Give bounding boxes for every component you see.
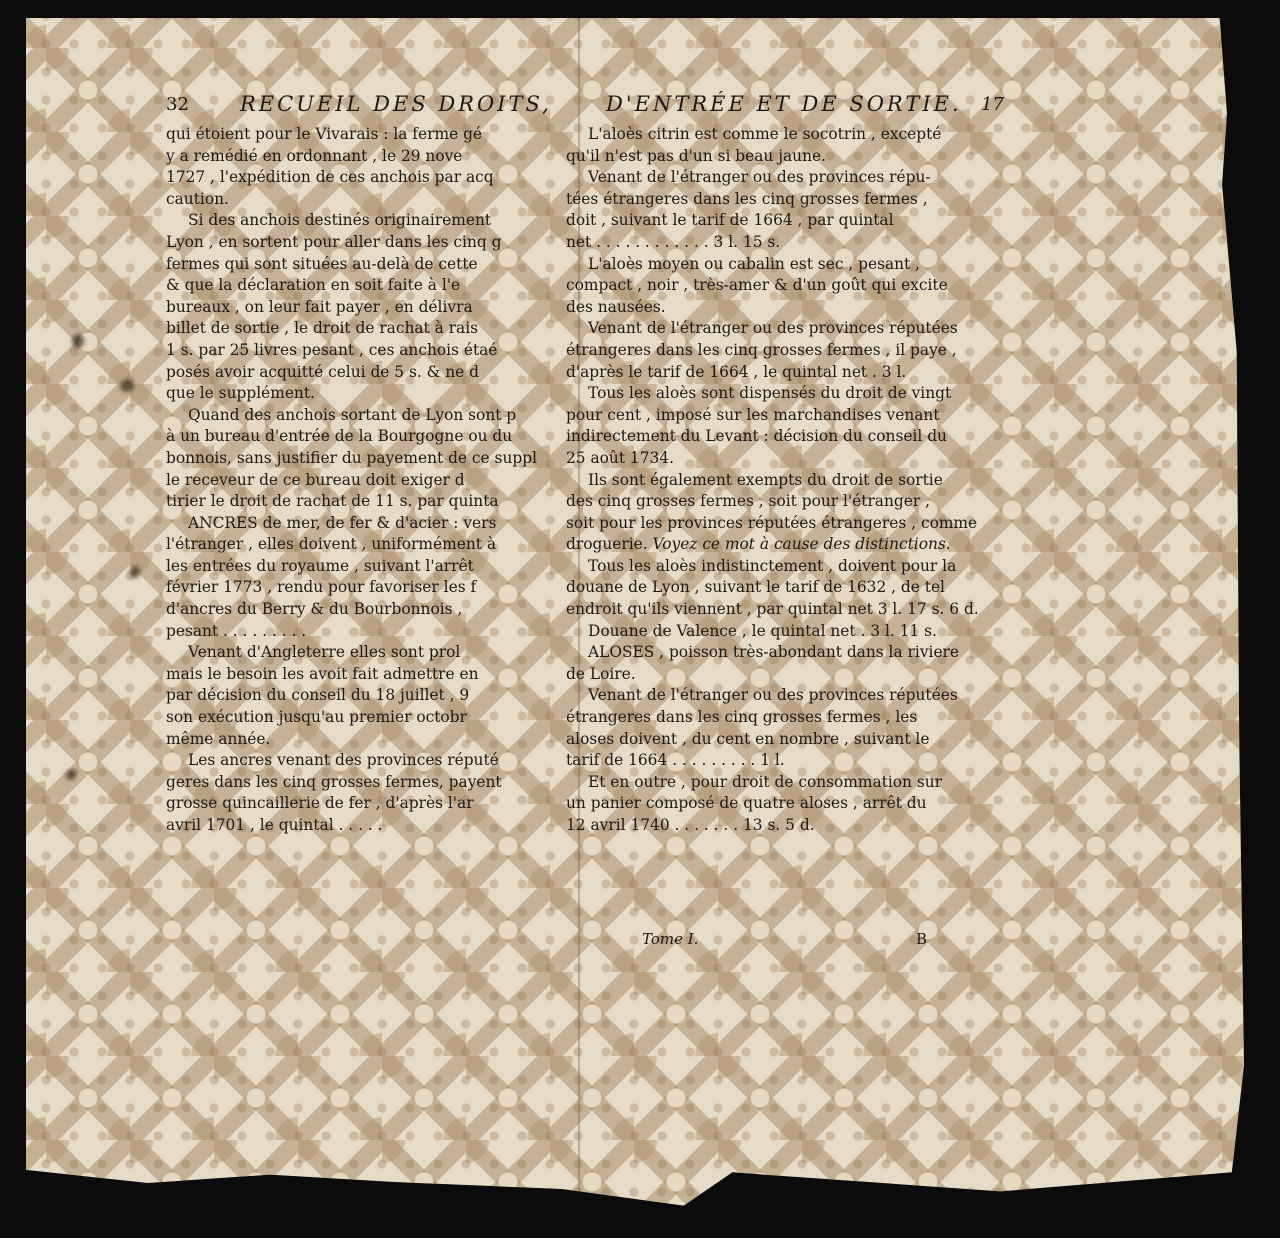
text-line: endroit qu'ils viennent , par quintal ne…: [566, 599, 1020, 621]
text-line-content: le receveur de ce bureau doit exiger d: [166, 471, 465, 489]
text-line: que le supplément.: [166, 383, 568, 405]
text-line: étrangeres dans les cinq grosses fermes …: [566, 707, 1020, 729]
text-line-content: qui étoient pour le Vivarais : la ferme …: [166, 125, 482, 143]
text-line: grosse quincaillerie de fer , d'après l'…: [166, 793, 568, 815]
text-line-content: ANCRES de mer, de fer & d'acier : vers: [188, 514, 496, 532]
text-line: 1727 , l'expédition de ces anchois par a…: [166, 167, 568, 189]
text-line-content: Venant d'Angleterre elles sont prol: [188, 643, 460, 661]
text-line-content: l'étranger , elles doivent , uniformémen…: [166, 535, 496, 553]
text-line: douane de Lyon , suivant le tarif de 163…: [566, 577, 1020, 599]
text-line-content: douane de Lyon , suivant le tarif de 163…: [566, 578, 945, 596]
text-line-content: même année.: [166, 730, 270, 748]
left-page-number: 32: [166, 94, 189, 115]
text-line-content: étrangeres dans les cinq grosses fermes …: [566, 708, 917, 726]
text-line: Lyon , en sortent pour aller dans les ci…: [166, 232, 568, 254]
text-line: Ils sont également exempts du droit de s…: [566, 470, 1020, 492]
text-line-content: mais le besoin les avoit fait admettre e…: [166, 665, 479, 683]
text-line: net . . . . . . . . . . . . 3 l. 15 s.: [566, 232, 1020, 254]
text-line: bonnois, sans justifier du payement de c…: [166, 448, 568, 470]
text-line: à un bureau d'entrée de la Bourgogne ou …: [166, 426, 568, 448]
text-line-content: ALOSES , poisson très-abondant dans la r…: [588, 643, 959, 661]
text-line-content: Tous les aloès sont dispensés du droit d…: [588, 384, 951, 402]
text-line: bureaux , on leur fait payer , en délivr…: [166, 297, 568, 319]
text-line: Les ancres venant des provinces réputé: [166, 750, 568, 772]
text-line-content: des cinq grosses fermes , soit pour l'ét…: [566, 492, 930, 510]
text-line: geres dans les cinq grosses fermes, paye…: [166, 772, 568, 794]
text-line: ALOSES , poisson très-abondant dans la r…: [566, 642, 1020, 664]
text-line: d'ancres du Berry & du Bourbonnois ,: [166, 599, 568, 621]
text-line-content: compact , noir , très-amer & d'un goût q…: [566, 276, 948, 294]
text-line: fermes qui sont situées au-delà de cette: [166, 254, 568, 276]
text-line: qui étoient pour le Vivarais : la ferme …: [166, 124, 568, 146]
text-line: Quand des anchois sortant de Lyon sont p: [166, 405, 568, 427]
text-line-content: net . . . . . . . . . . . . 3 l. 15 s.: [566, 233, 780, 251]
text-line-content: caution.: [166, 190, 229, 208]
text-line-content: L'aloès citrin est comme le socotrin , e…: [588, 125, 941, 143]
text-line-content: d'ancres du Berry & du Bourbonnois ,: [166, 600, 462, 618]
text-line: billet de sortie , le droit de rachat à …: [166, 318, 568, 340]
text-line-content: aloses doivent , du cent en nombre , sui…: [566, 730, 929, 748]
text-line-content: Venant de l'étranger ou des provinces ré…: [588, 686, 958, 704]
text-line: Si des anchois destinés originairement: [166, 210, 568, 232]
text-line: aloses doivent , du cent en nombre , sui…: [566, 729, 1020, 751]
page-footer: Tome I. B: [566, 930, 1020, 952]
text-line: & que la déclaration en soit faite à l'e: [166, 275, 568, 297]
text-line: pour cent , imposé sur les marchandises …: [566, 405, 1020, 427]
text-line-content: posés avoir acquitté celui de 5 s. & ne …: [166, 363, 479, 381]
cross-reference-note: Voyez ce mot à cause des distinctions.: [653, 535, 951, 553]
text-line: Venant d'Angleterre elles sont prol: [166, 642, 568, 664]
text-line: Et en outre , pour droit de consommation…: [566, 772, 1020, 794]
text-line: indirectement du Levant : décision du co…: [566, 426, 1020, 448]
text-line-content: pesant . . . . . . . . .: [166, 622, 306, 640]
text-line-content: à un bureau d'entrée de la Bourgogne ou …: [166, 427, 512, 445]
volume-label: Tome I.: [642, 930, 698, 948]
ink-stain: [72, 334, 84, 348]
text-line-content: grosse quincaillerie de fer , d'après l'…: [166, 794, 474, 812]
text-line-content: Ils sont également exempts du droit de s…: [588, 471, 943, 489]
text-line-content: qu'il n'est pas d'un si beau jaune.: [566, 147, 826, 165]
text-line: qu'il n'est pas d'un si beau jaune.: [566, 146, 1020, 168]
text-line-content: 25 août 1734.: [566, 449, 674, 467]
text-line: 1 s. par 25 livres pesant , ces anchois …: [166, 340, 568, 362]
text-line: doit , suivant le tarif de 1664 , par qu…: [566, 210, 1020, 232]
text-line: d'après le tarif de 1664 , le quintal ne…: [566, 362, 1020, 384]
text-line: caution.: [166, 189, 568, 211]
text-line: Tous les aloès indistinctement , doivent…: [566, 556, 1020, 578]
text-line-content: indirectement du Levant : décision du co…: [566, 427, 947, 445]
text-line-content: février 1773 , rendu pour favoriser les …: [166, 578, 476, 596]
text-line-content: tarif de 1664 . . . . . . . . . 1 l.: [566, 751, 785, 769]
text-line: soit pour les provinces réputées étrange…: [566, 513, 1020, 535]
text-line-content: bureaux , on leur fait payer , en délivr…: [166, 298, 473, 316]
text-line-content: pour cent , imposé sur les marchandises …: [566, 406, 940, 424]
text-line-content: Douane de Valence , le quintal net . 3 l…: [588, 622, 937, 640]
ink-stain: [130, 566, 140, 578]
text-line-content: endroit qu'ils viennent , par quintal ne…: [566, 600, 979, 618]
right-page-number: 17: [981, 94, 1004, 115]
text-line: des cinq grosses fermes , soit pour l'ét…: [566, 491, 1020, 513]
text-line-content: soit pour les provinces réputées étrange…: [566, 514, 977, 532]
text-line: l'étranger , elles doivent , uniformémen…: [166, 534, 568, 556]
text-line: de Loire.: [566, 664, 1020, 686]
text-line-content: que le supplément.: [166, 384, 315, 402]
left-text-column: qui étoient pour le Vivarais : la ferme …: [166, 124, 568, 837]
text-line-content: des nausées.: [566, 298, 666, 316]
text-line-content: les entrées du royaume , suivant l'arrêt: [166, 557, 474, 575]
text-line: y a remédié en ordonnant , le 29 nove: [166, 146, 568, 168]
text-line: étrangeres dans les cinq grosses fermes …: [566, 340, 1020, 362]
text-line: les entrées du royaume , suivant l'arrêt: [166, 556, 568, 578]
text-line: février 1773 , rendu pour favoriser les …: [166, 577, 568, 599]
text-line: Tous les aloès sont dispensés du droit d…: [566, 383, 1020, 405]
text-line: tées étrangeres dans les cinq grosses fe…: [566, 189, 1020, 211]
running-header: 32 RECUEIL DES DROITS, D'ENTRÉE ET DE SO…: [166, 92, 1004, 122]
text-line: pesant . . . . . . . . .: [166, 621, 568, 643]
text-line: ANCRES de mer, de fer & d'acier : vers: [166, 513, 568, 535]
text-line-content: L'aloès moyen ou cabalin est sec , pesan…: [588, 255, 920, 273]
text-line-content: étrangeres dans les cinq grosses fermes …: [566, 341, 957, 359]
text-line-content: Quand des anchois sortant de Lyon sont p: [188, 406, 516, 424]
text-line-content: geres dans les cinq grosses fermes, paye…: [166, 773, 502, 791]
text-line-content: droguerie.: [566, 535, 648, 553]
text-line: tarif de 1664 . . . . . . . . . 1 l.: [566, 750, 1020, 772]
text-line: Venant de l'étranger ou des provinces ré…: [566, 167, 1020, 189]
text-line: par décision du conseil du 18 juillet , …: [166, 685, 568, 707]
right-running-title: D'ENTRÉE ET DE SORTIE.: [606, 92, 962, 116]
text-line-content: de Loire.: [566, 665, 636, 683]
text-line-content: y a remédié en ordonnant , le 29 nove: [166, 147, 462, 165]
text-line: posés avoir acquitté celui de 5 s. & ne …: [166, 362, 568, 384]
text-line-content: d'après le tarif de 1664 , le quintal ne…: [566, 363, 906, 381]
right-text-column: L'aloès citrin est comme le socotrin , e…: [566, 124, 1020, 837]
text-line-content: billet de sortie , le droit de rachat à …: [166, 319, 478, 337]
left-running-title: RECUEIL DES DROITS,: [240, 92, 552, 116]
text-line-content: 12 avril 1740 . . . . . . . 13 s. 5 d.: [566, 816, 815, 834]
text-line-content: par décision du conseil du 18 juillet , …: [166, 686, 469, 704]
text-line: L'aloès citrin est comme le socotrin , e…: [566, 124, 1020, 146]
text-line-content: fermes qui sont situées au-delà de cette: [166, 255, 478, 273]
text-line-content: & que la déclaration en soit faite à l'e: [166, 276, 460, 294]
text-line: Venant de l'étranger ou des provinces ré…: [566, 685, 1020, 707]
text-line: avril 1701 , le quintal . . . . .: [166, 815, 568, 837]
text-line-content: Lyon , en sortent pour aller dans les ci…: [166, 233, 501, 251]
text-line-content: bonnois, sans justifier du payement de c…: [166, 449, 537, 467]
text-line-content: 1727 , l'expédition de ces anchois par a…: [166, 168, 494, 186]
text-line-content: son exécution jusqu'au premier octobr: [166, 708, 467, 726]
text-line-content: un panier composé de quatre aloses , arr…: [566, 794, 927, 812]
text-line: son exécution jusqu'au premier octobr: [166, 707, 568, 729]
text-line: mais le besoin les avoit fait admettre e…: [166, 664, 568, 686]
text-line-content: Tous les aloès indistinctement , doivent…: [588, 557, 956, 575]
text-line-content: avril 1701 , le quintal . . . . .: [166, 816, 383, 834]
text-line-content: Venant de l'étranger ou des provinces ré…: [588, 319, 958, 337]
text-line-content: tirier le droit de rachat de 11 s. par q…: [166, 492, 499, 510]
text-line: 25 août 1734.: [566, 448, 1020, 470]
text-line: Venant de l'étranger ou des provinces ré…: [566, 318, 1020, 340]
text-line: droguerie. Voyez ce mot à cause des dist…: [566, 534, 1020, 556]
ink-stain: [120, 380, 134, 392]
ink-stain: [66, 770, 76, 780]
signature-mark: B: [916, 930, 927, 948]
text-line: même année.: [166, 729, 568, 751]
text-line-content: 1 s. par 25 livres pesant , ces anchois …: [166, 341, 497, 359]
text-line: L'aloès moyen ou cabalin est sec , pesan…: [566, 254, 1020, 276]
text-line-content: tées étrangeres dans les cinq grosses fe…: [566, 190, 928, 208]
text-line: tirier le droit de rachat de 11 s. par q…: [166, 491, 568, 513]
text-line: compact , noir , très-amer & d'un goût q…: [566, 275, 1020, 297]
text-line-content: Venant de l'étranger ou des provinces ré…: [588, 168, 931, 186]
text-line: un panier composé de quatre aloses , arr…: [566, 793, 1020, 815]
text-line-content: doit , suivant le tarif de 1664 , par qu…: [566, 211, 894, 229]
text-line: des nausées.: [566, 297, 1020, 319]
text-line: le receveur de ce bureau doit exiger d: [166, 470, 568, 492]
text-line-content: Les ancres venant des provinces réputé: [188, 751, 499, 769]
text-line: 12 avril 1740 . . . . . . . 13 s. 5 d.: [566, 815, 1020, 837]
text-line: Douane de Valence , le quintal net . 3 l…: [566, 621, 1020, 643]
text-line-content: Si des anchois destinés originairement: [188, 211, 491, 229]
text-line-content: Et en outre , pour droit de consommation…: [588, 773, 942, 791]
